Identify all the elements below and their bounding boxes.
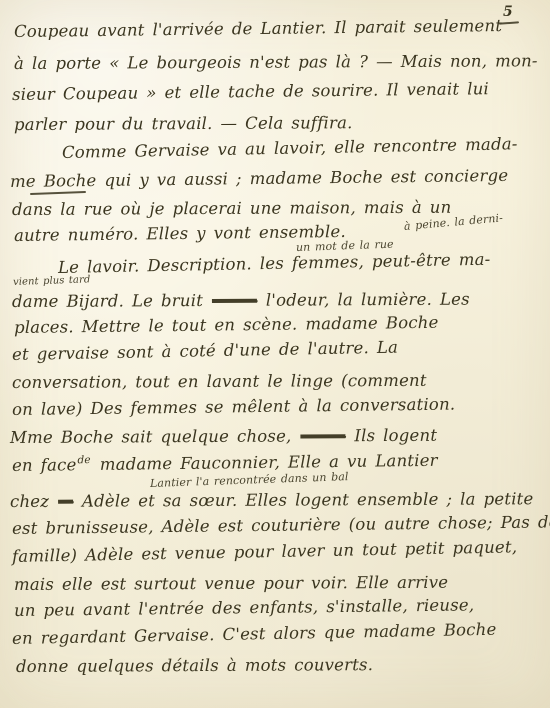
manuscript-page: 5 Coupeau avant l'arrivée de Lantier. Il… bbox=[0, 0, 550, 708]
handwritten-line: Comme Gervaise va au lavoir, elle rencon… bbox=[62, 134, 518, 162]
handwritten-line: chez — Adèle et sa sœur. Elles logent en… bbox=[10, 489, 534, 511]
handwritten-line: en regardant Gervaise. C'est alors que m… bbox=[12, 620, 497, 648]
handwritten-line: un peu avant l'entrée des enfants, s'ins… bbox=[14, 595, 474, 620]
line-text: Mme Boche sait quelque chose, bbox=[10, 426, 300, 447]
interlinear-insertion: Lantier l'a rencontrée dans un bal bbox=[150, 470, 349, 490]
handwritten-line: est brunisseuse, Adèle est couturière (o… bbox=[12, 512, 550, 538]
strikethrough-word: ——— bbox=[211, 291, 258, 310]
margin-insertion: vient plus tard bbox=[13, 274, 91, 288]
page-number: 5 bbox=[503, 4, 513, 20]
line-text: l'odeur, la lumière. Les bbox=[258, 290, 470, 310]
handwritten-line: Coupeau avant l'arrivée de Lantier. Il p… bbox=[14, 16, 502, 41]
handwritten-line: parler pour du travail. — Cela suffira. bbox=[14, 113, 353, 134]
strikethrough-word: ——— bbox=[299, 426, 346, 445]
line-text: madame Fauconnier, Elle a vu Lantier bbox=[92, 451, 438, 474]
handwritten-line: et gervaise sont à coté d'une de l'autre… bbox=[12, 338, 398, 364]
line-text: Ils logent bbox=[346, 426, 437, 445]
line-text: chez bbox=[10, 492, 57, 511]
handwritten-line: conversation, tout en lavant le linge (c… bbox=[12, 371, 427, 392]
strikethrough-word: — bbox=[57, 492, 74, 511]
line-text: dame Bijard. Le bruit bbox=[12, 291, 211, 311]
handwritten-line: Mme Boche sait quelque chose, ——— Ils lo… bbox=[10, 426, 437, 447]
handwritten-line: mais elle est surtout venue pour voir. E… bbox=[14, 573, 448, 594]
line-text: en face bbox=[12, 455, 77, 475]
handwritten-line: donne quelques détails à mots couverts. bbox=[16, 655, 373, 676]
handwritten-line: on lave) Des femmes se mêlent à la conve… bbox=[12, 395, 456, 419]
handwritten-line: en facede madame Fauconnier, Elle a vu L… bbox=[12, 451, 438, 475]
handwritten-line: me Boche qui y va aussi ; madame Boche e… bbox=[10, 166, 508, 191]
handwritten-line: sieur Coupeau » et elle tache de sourire… bbox=[12, 79, 489, 104]
superscript-insertion: de bbox=[76, 454, 91, 466]
boche-underline-mark bbox=[30, 191, 86, 195]
handwritten-line: dame Bijard. Le bruit ——— l'odeur, la lu… bbox=[12, 290, 470, 311]
handwritten-line: places. Mettre le tout en scène. madame … bbox=[14, 313, 439, 337]
handwritten-line: à la porte « Le bourgeois n'est pas là ?… bbox=[14, 51, 538, 73]
handwritten-line: famille) Adèle est venue pour laver un t… bbox=[12, 537, 518, 566]
handwritten-line: dans la rue où je placerai une maison, m… bbox=[12, 198, 452, 219]
line-text: Adèle et sa sœur. Elles logent ensemble … bbox=[74, 489, 533, 510]
handwritten-line: Le lavoir. Description. les femmes, peut… bbox=[58, 250, 491, 277]
